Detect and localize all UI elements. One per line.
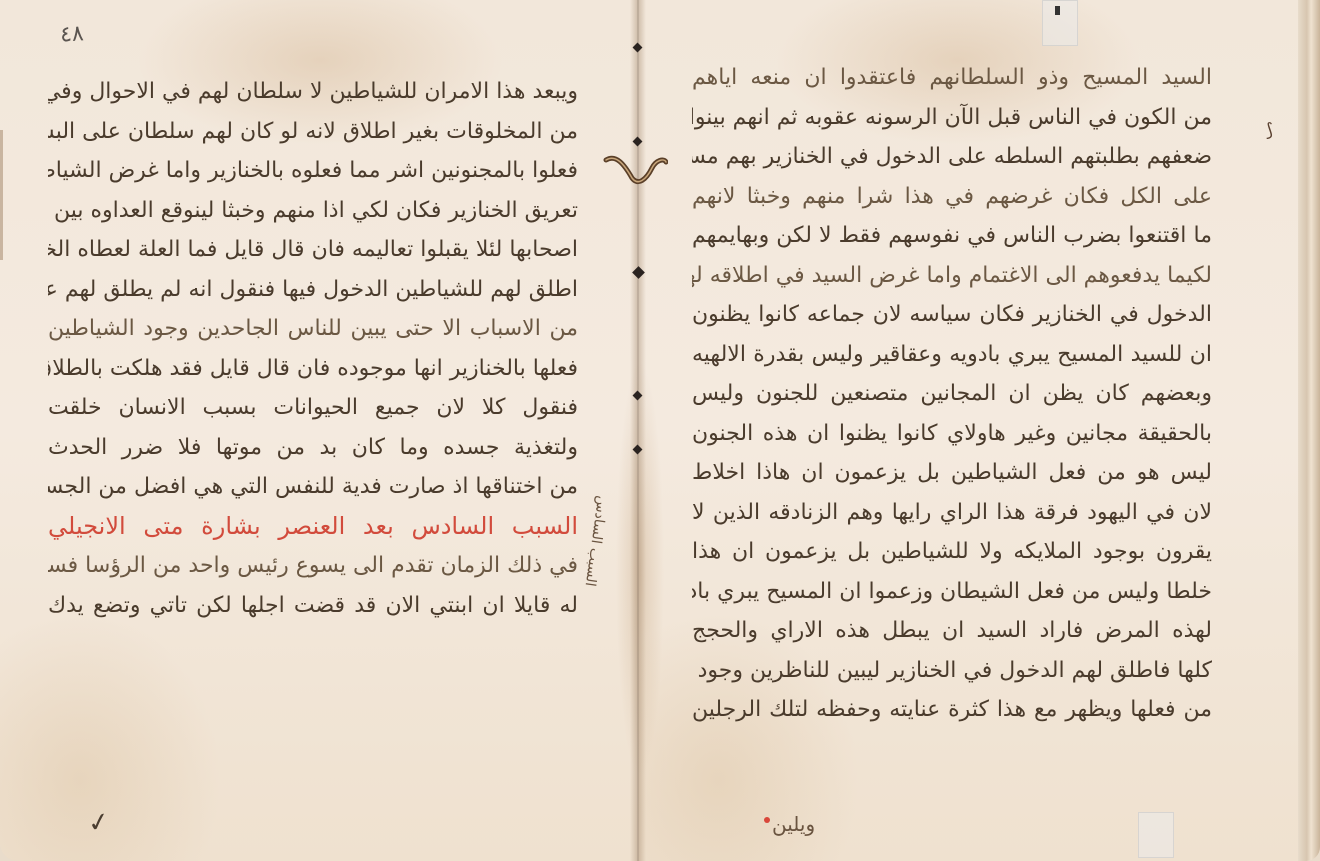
line-text: كلها فاطلق لهم الدخول في الخنازير ليبين … xyxy=(692,658,1212,683)
line-text: لان في اليهود فرقة هذا الراي رايها وهم ا… xyxy=(692,500,1212,525)
text-line: لهذه المرض فاراد السيد ان يبطل هذه الارا… xyxy=(692,611,1212,651)
text-line: اطلق لهم للشياطين الدخول فيها فنقول انه … xyxy=(48,270,578,310)
text-line: السيد المسيح وذو السلطانهم فاعتقدوا ان م… xyxy=(692,58,1212,98)
text-line: ليس هو من فعل الشياطين بل يزعمون ان هاذا… xyxy=(692,453,1212,493)
text-line: في ذلك الزمان تقدم الى يسوع رئيس واحد من… xyxy=(48,546,578,586)
line-text: يقرون بوجود الملايكه ولا للشياطين بل يزع… xyxy=(692,539,1212,564)
line-text: ويبعد هذا الامران للشياطين لا سلطان لهم … xyxy=(48,79,578,104)
right-page: السيد المسيح وذو السلطانهم فاعتقدوا ان م… xyxy=(638,0,1298,861)
text-line: كلها فاطلق لهم الدخول في الخنازير ليبين … xyxy=(692,651,1212,691)
text-line: لكيما يدفعوهم الى الاغتمام واما غرض السي… xyxy=(692,256,1212,296)
rubric-dot xyxy=(764,817,770,823)
text-line: اصحابها لئلا يقبلوا تعاليمه فان قال قايل… xyxy=(48,230,578,270)
tape-repair xyxy=(1138,812,1174,858)
line-text: فعلوا بالمجنونين اشر مما فعلوه بالخنازير… xyxy=(48,158,578,183)
line-text: من الكون في الناس قبل الآن الرسونه عقوبه… xyxy=(692,105,1212,130)
left-edge-marginalia xyxy=(0,130,20,260)
text-line: من المخلوقات بغير اطلاق لانه لو كان لهم … xyxy=(48,112,578,152)
line-text: السيد المسيح وذو السلطانهم فاعتقدوا ان م… xyxy=(692,65,1212,90)
check-mark-icon: ✓ xyxy=(86,806,113,839)
line-text: ان للسيد المسيح يبري بادويه وعقاقير وليس… xyxy=(692,342,1212,367)
text-line: فعلوا بالمجنونين اشر مما فعلوه بالخنازير… xyxy=(48,151,578,191)
line-text: ولتغذية جسده وما كان بد من موتها فلا ضرر… xyxy=(48,435,578,460)
text-line: فنقول كلا لان جميع الحيوانات بسبب الانسا… xyxy=(48,388,578,428)
line-text: على الكل فكان غرضهم في هذا شرا منهم وخبث… xyxy=(692,184,1212,209)
book-gutter xyxy=(630,0,646,861)
rubric-heading: السبب السادس بعد العنصر بشارة متى الانجي… xyxy=(48,507,578,547)
text-line: وبعضهم كان يظن ان المجانين متصنعين للجنو… xyxy=(692,374,1212,414)
line-text: الدخول في الخنازير فكان سياسه لان جماعه … xyxy=(692,302,1212,327)
catchword: ويلين xyxy=(762,812,815,836)
text-line: يقرون بوجود الملايكه ولا للشياطين بل يزع… xyxy=(692,532,1212,572)
text-line: من فعلها ويظهر مع هذا كثرة عنايته وحفظه … xyxy=(692,690,1212,730)
line-text: خلطا وليس من فعل الشيطان وزعموا ان المسي… xyxy=(692,579,1212,604)
text-line: الدخول في الخنازير فكان سياسه لان جماعه … xyxy=(692,295,1212,335)
line-text: فعلها بالخنازير انها موجوده فان قال قايل… xyxy=(48,356,578,381)
text-line: لان في اليهود فرقة هذا الراي رايها وهم ا… xyxy=(692,493,1212,533)
tape-mark xyxy=(1055,6,1060,15)
line-text: من المخلوقات بغير اطلاق لانه لو كان لهم … xyxy=(48,119,578,144)
left-page-text-block: ويبعد هذا الامران للشياطين لا سلطان لهم … xyxy=(48,72,578,625)
text-line: بالحقيقة مجانين وغير هاولاي كانوا يظنوا … xyxy=(692,414,1212,454)
right-page-text-block: السيد المسيح وذو السلطانهم فاعتقدوا ان م… xyxy=(692,58,1212,730)
tape-repair xyxy=(1042,0,1078,46)
line-text: ما اقتنعوا بضرب الناس في نفوسهم فقط لا ل… xyxy=(692,223,1212,248)
catchword-text: ويلين xyxy=(772,812,815,836)
text-line: تعريق الخنازير فكان لكي اذا منهم وخبثا ل… xyxy=(48,191,578,231)
line-text: بالحقيقة مجانين وغير هاولاي كانوا يظنوا … xyxy=(692,421,1212,446)
line-text: من فعلها ويظهر مع هذا كثرة عنايته وحفظه … xyxy=(692,697,1212,722)
text-line: خلطا وليس من فعل الشيطان وزعموا ان المسي… xyxy=(692,572,1212,612)
text-line: ضعفهم بطلبتهم السلطه على الدخول في الخنا… xyxy=(692,137,1212,177)
line-text: اطلق لهم للشياطين الدخول فيها فنقول انه … xyxy=(48,277,578,302)
text-line: ما اقتنعوا بضرب الناس في نفوسهم فقط لا ل… xyxy=(692,216,1212,256)
text-line: ويبعد هذا الامران للشياطين لا سلطان لهم … xyxy=(48,72,578,112)
line-text: في ذلك الزمان تقدم الى يسوع رئيس واحد من… xyxy=(48,553,578,578)
line-text: ضعفهم بطلبتهم السلطه على الدخول في الخنا… xyxy=(692,144,1212,169)
text-line: ولتغذية جسده وما كان بد من موتها فلا ضرر… xyxy=(48,428,578,468)
line-text: له قايلا ان ابنتي الان قد قضت اجلها لكن … xyxy=(48,593,578,618)
text-line: على الكل فكان غرضهم في هذا شرا منهم وخبث… xyxy=(692,177,1212,217)
line-text: من اختناقها اذ صارت فدية للنفس التي هي ا… xyxy=(48,474,578,499)
line-text: تعريق الخنازير فكان لكي اذا منهم وخبثا ل… xyxy=(48,198,578,223)
line-text: لهذه المرض فاراد السيد ان يبطل هذه الارا… xyxy=(692,618,1212,643)
line-text: لكيما يدفعوهم الى الاغتمام واما غرض السي… xyxy=(692,263,1212,288)
line-text: من الاسباب الا حتى يبين للناس الجاحدين و… xyxy=(48,316,578,341)
text-line: من الاسباب الا حتى يبين للناس الجاحدين و… xyxy=(48,309,578,349)
text-line: من الكون في الناس قبل الآن الرسونه عقوبه… xyxy=(692,98,1212,138)
margin-mark-icon: ⟆ xyxy=(1266,120,1273,141)
line-text: ليس هو من فعل الشياطين بل يزعمون ان هاذا… xyxy=(692,460,1212,485)
line-text: فنقول كلا لان جميع الحيوانات بسبب الانسا… xyxy=(48,395,578,420)
left-page: ٤٨ ويبعد هذا الامران للشياطين لا سلطان ل… xyxy=(0,0,638,861)
text-line: من اختناقها اذ صارت فدية للنفس التي هي ا… xyxy=(48,467,578,507)
line-text: اصحابها لئلا يقبلوا تعاليمه فان قال قايل… xyxy=(48,237,578,262)
text-line: فعلها بالخنازير انها موجوده فان قال قايل… xyxy=(48,349,578,389)
line-text: وبعضهم كان يظن ان المجانين متصنعين للجنو… xyxy=(692,381,1212,406)
binding-thread-icon xyxy=(602,150,668,190)
text-line: ان للسيد المسيح يبري بادويه وعقاقير وليس… xyxy=(692,335,1212,375)
heading-text: السبب السادس بعد العنصر بشارة متى الانجي… xyxy=(48,512,578,540)
text-line: له قايلا ان ابنتي الان قد قضت اجلها لكن … xyxy=(48,586,578,626)
folio-number: ٤٨ xyxy=(59,21,84,48)
manuscript-spread: ٤٨ ويبعد هذا الامران للشياطين لا سلطان ل… xyxy=(0,0,1320,861)
